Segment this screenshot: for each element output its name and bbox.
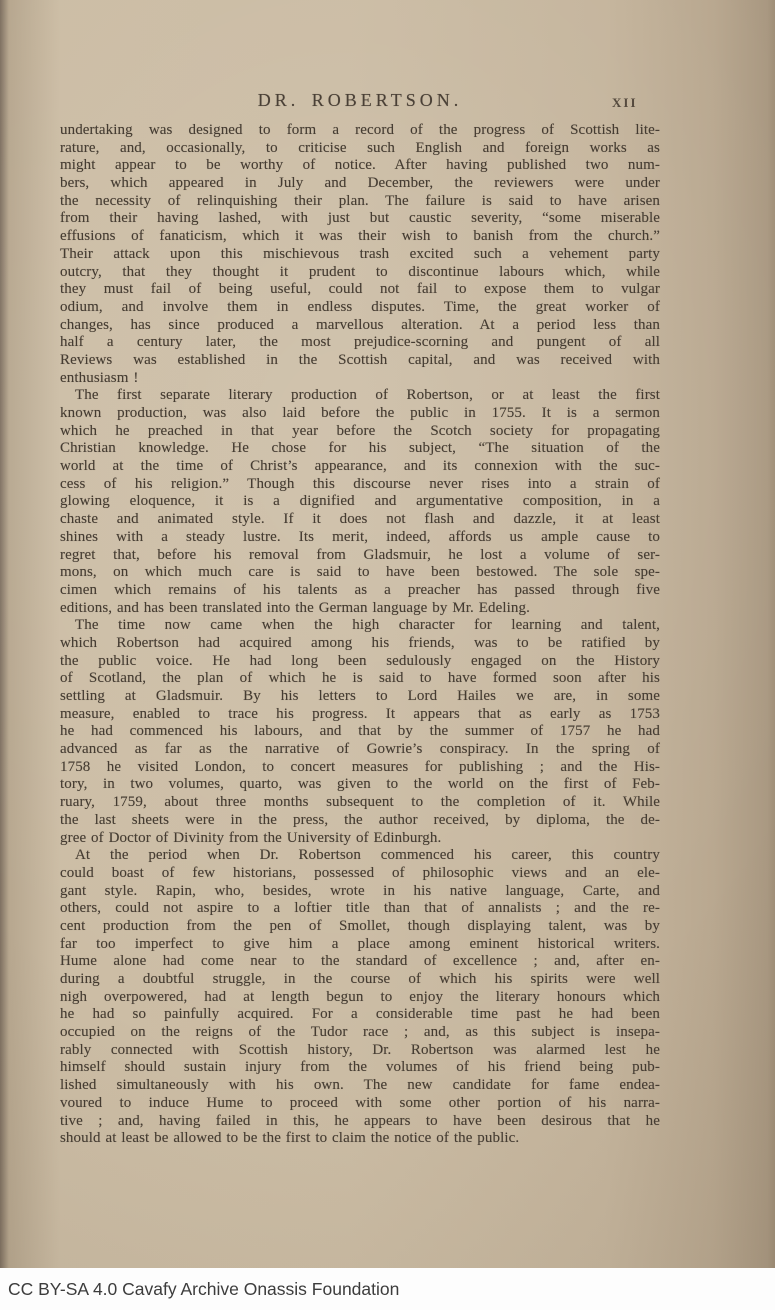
- text-line: cent production from the pen of Smollet,…: [60, 918, 660, 936]
- text-line: Their attack upon this mischievous trash…: [60, 246, 660, 264]
- paragraph: At the period when Dr. Robertson commenc…: [60, 847, 660, 1148]
- text-line: rature, and, occasionally, to criticise …: [60, 140, 660, 158]
- text-line: advanced as far as the narrative of Gowr…: [60, 741, 660, 759]
- text-line: editions, and has been translated into t…: [60, 600, 660, 618]
- text-line: from their having lashed, with just but …: [60, 210, 660, 228]
- text-line: enthusiasm !: [60, 370, 660, 388]
- text-line: odium, and involve them in endless dispu…: [60, 299, 660, 317]
- text-line: voured to induce Hume to proceed with so…: [60, 1095, 660, 1113]
- text-line: the necessity of relinquishing their pla…: [60, 193, 660, 211]
- text-line: he had so painfully acquired. For a cons…: [60, 1006, 660, 1024]
- text-line: should at least be allowed to be the fir…: [60, 1130, 660, 1148]
- attribution-bar: CC BY-SA 4.0 Cavafy Archive Onassis Foun…: [0, 1268, 775, 1310]
- text-line: far too imperfect to give him a place am…: [60, 936, 660, 954]
- text-line: 1758 he visited London, to concert measu…: [60, 759, 660, 777]
- text-line: shines with a steady lustre. Its merit, …: [60, 529, 660, 547]
- text-line: Christian knowledge. He chose for his su…: [60, 440, 660, 458]
- text-line: nigh overpowered, had at length begun to…: [60, 989, 660, 1007]
- text-line: ruary, 1759, about three months subseque…: [60, 794, 660, 812]
- text-line: glowing eloquence, it is a dignified and…: [60, 493, 660, 511]
- text-line: tive ; and, having failed in this, he ap…: [60, 1113, 660, 1131]
- text-line: mons, on which much care is said to have…: [60, 564, 660, 582]
- text-line: during a doubtful struggle, in the cours…: [60, 971, 660, 989]
- text-line: gree of Doctor of Divinity from the Univ…: [60, 830, 660, 848]
- text-line: measure, enabled to trace his progress. …: [60, 706, 660, 724]
- page-title: DR. ROBERTSON.: [60, 90, 660, 111]
- text-line: undertaking was designed to form a recor…: [60, 122, 660, 140]
- text-line: rably connected with Scottish history, D…: [60, 1042, 660, 1060]
- page-number: XII: [612, 95, 638, 111]
- text-line: The time now came when the high characte…: [60, 617, 660, 635]
- text-line: they must fail of being useful, could no…: [60, 281, 660, 299]
- text-line: he had commenced his labours, and that b…: [60, 723, 660, 741]
- text-line: known production, was also laid before t…: [60, 405, 660, 423]
- text-line: might appear to be worthy of notice. Aft…: [60, 157, 660, 175]
- text-line: the public voice. He had long been sedul…: [60, 653, 660, 671]
- text-line: Reviews was established in the Scottish …: [60, 352, 660, 370]
- text-line: effusions of fanaticism, which it was th…: [60, 228, 660, 246]
- text-line: chaste and animated style. If it does no…: [60, 511, 660, 529]
- text-line: tory, in two volumes, quarto, was given …: [60, 776, 660, 794]
- text-line: could boast of few historians, possessed…: [60, 865, 660, 883]
- text-line: cimen which remains of his talents as a …: [60, 582, 660, 600]
- text-line: bers, which appeared in July and Decembe…: [60, 175, 660, 193]
- text-line: others, could not aspire to a loftier ti…: [60, 900, 660, 918]
- text-line: lished simultaneously with his own. The …: [60, 1077, 660, 1095]
- text-line: himself should sustain injury from the v…: [60, 1059, 660, 1077]
- scanned-book-page: DR. ROBERTSON. XII undertaking was desig…: [0, 0, 775, 1268]
- text-line: cess of his religion.” Though this disco…: [60, 476, 660, 494]
- text-line: Hume alone had come near to the standard…: [60, 953, 660, 971]
- attribution-text: CC BY-SA 4.0 Cavafy Archive Onassis Foun…: [0, 1279, 399, 1300]
- paragraph: The time now came when the high characte…: [60, 617, 660, 847]
- text-line: settling at Gladsmuir. By his letters to…: [60, 688, 660, 706]
- text-line: occupied on the reigns of the Tudor race…: [60, 1024, 660, 1042]
- text-line: which Robertson had acquired among his f…: [60, 635, 660, 653]
- text-line: which he preached in that year before th…: [60, 423, 660, 441]
- text-line: regret that, before his removal from Gla…: [60, 547, 660, 565]
- text-line: changes, has since produced a marvellous…: [60, 317, 660, 335]
- text-line: of Scotland, the plan of which he is sai…: [60, 670, 660, 688]
- body-text: undertaking was designed to form a recor…: [60, 122, 660, 1148]
- text-line: gant style. Rapin, who, besides, wrote i…: [60, 883, 660, 901]
- text-line: world at the time of Christ’s appearance…: [60, 458, 660, 476]
- text-line: the last sheets were in the press, the a…: [60, 812, 660, 830]
- text-line: half a century later, the most prejudice…: [60, 334, 660, 352]
- text-line: The first separate literary production o…: [60, 387, 660, 405]
- paragraph: undertaking was designed to form a recor…: [60, 122, 660, 387]
- paragraph: The first separate literary production o…: [60, 387, 660, 617]
- text-line: At the period when Dr. Robertson commenc…: [60, 847, 660, 865]
- text-line: outcry, that they thought it prudent to …: [60, 264, 660, 282]
